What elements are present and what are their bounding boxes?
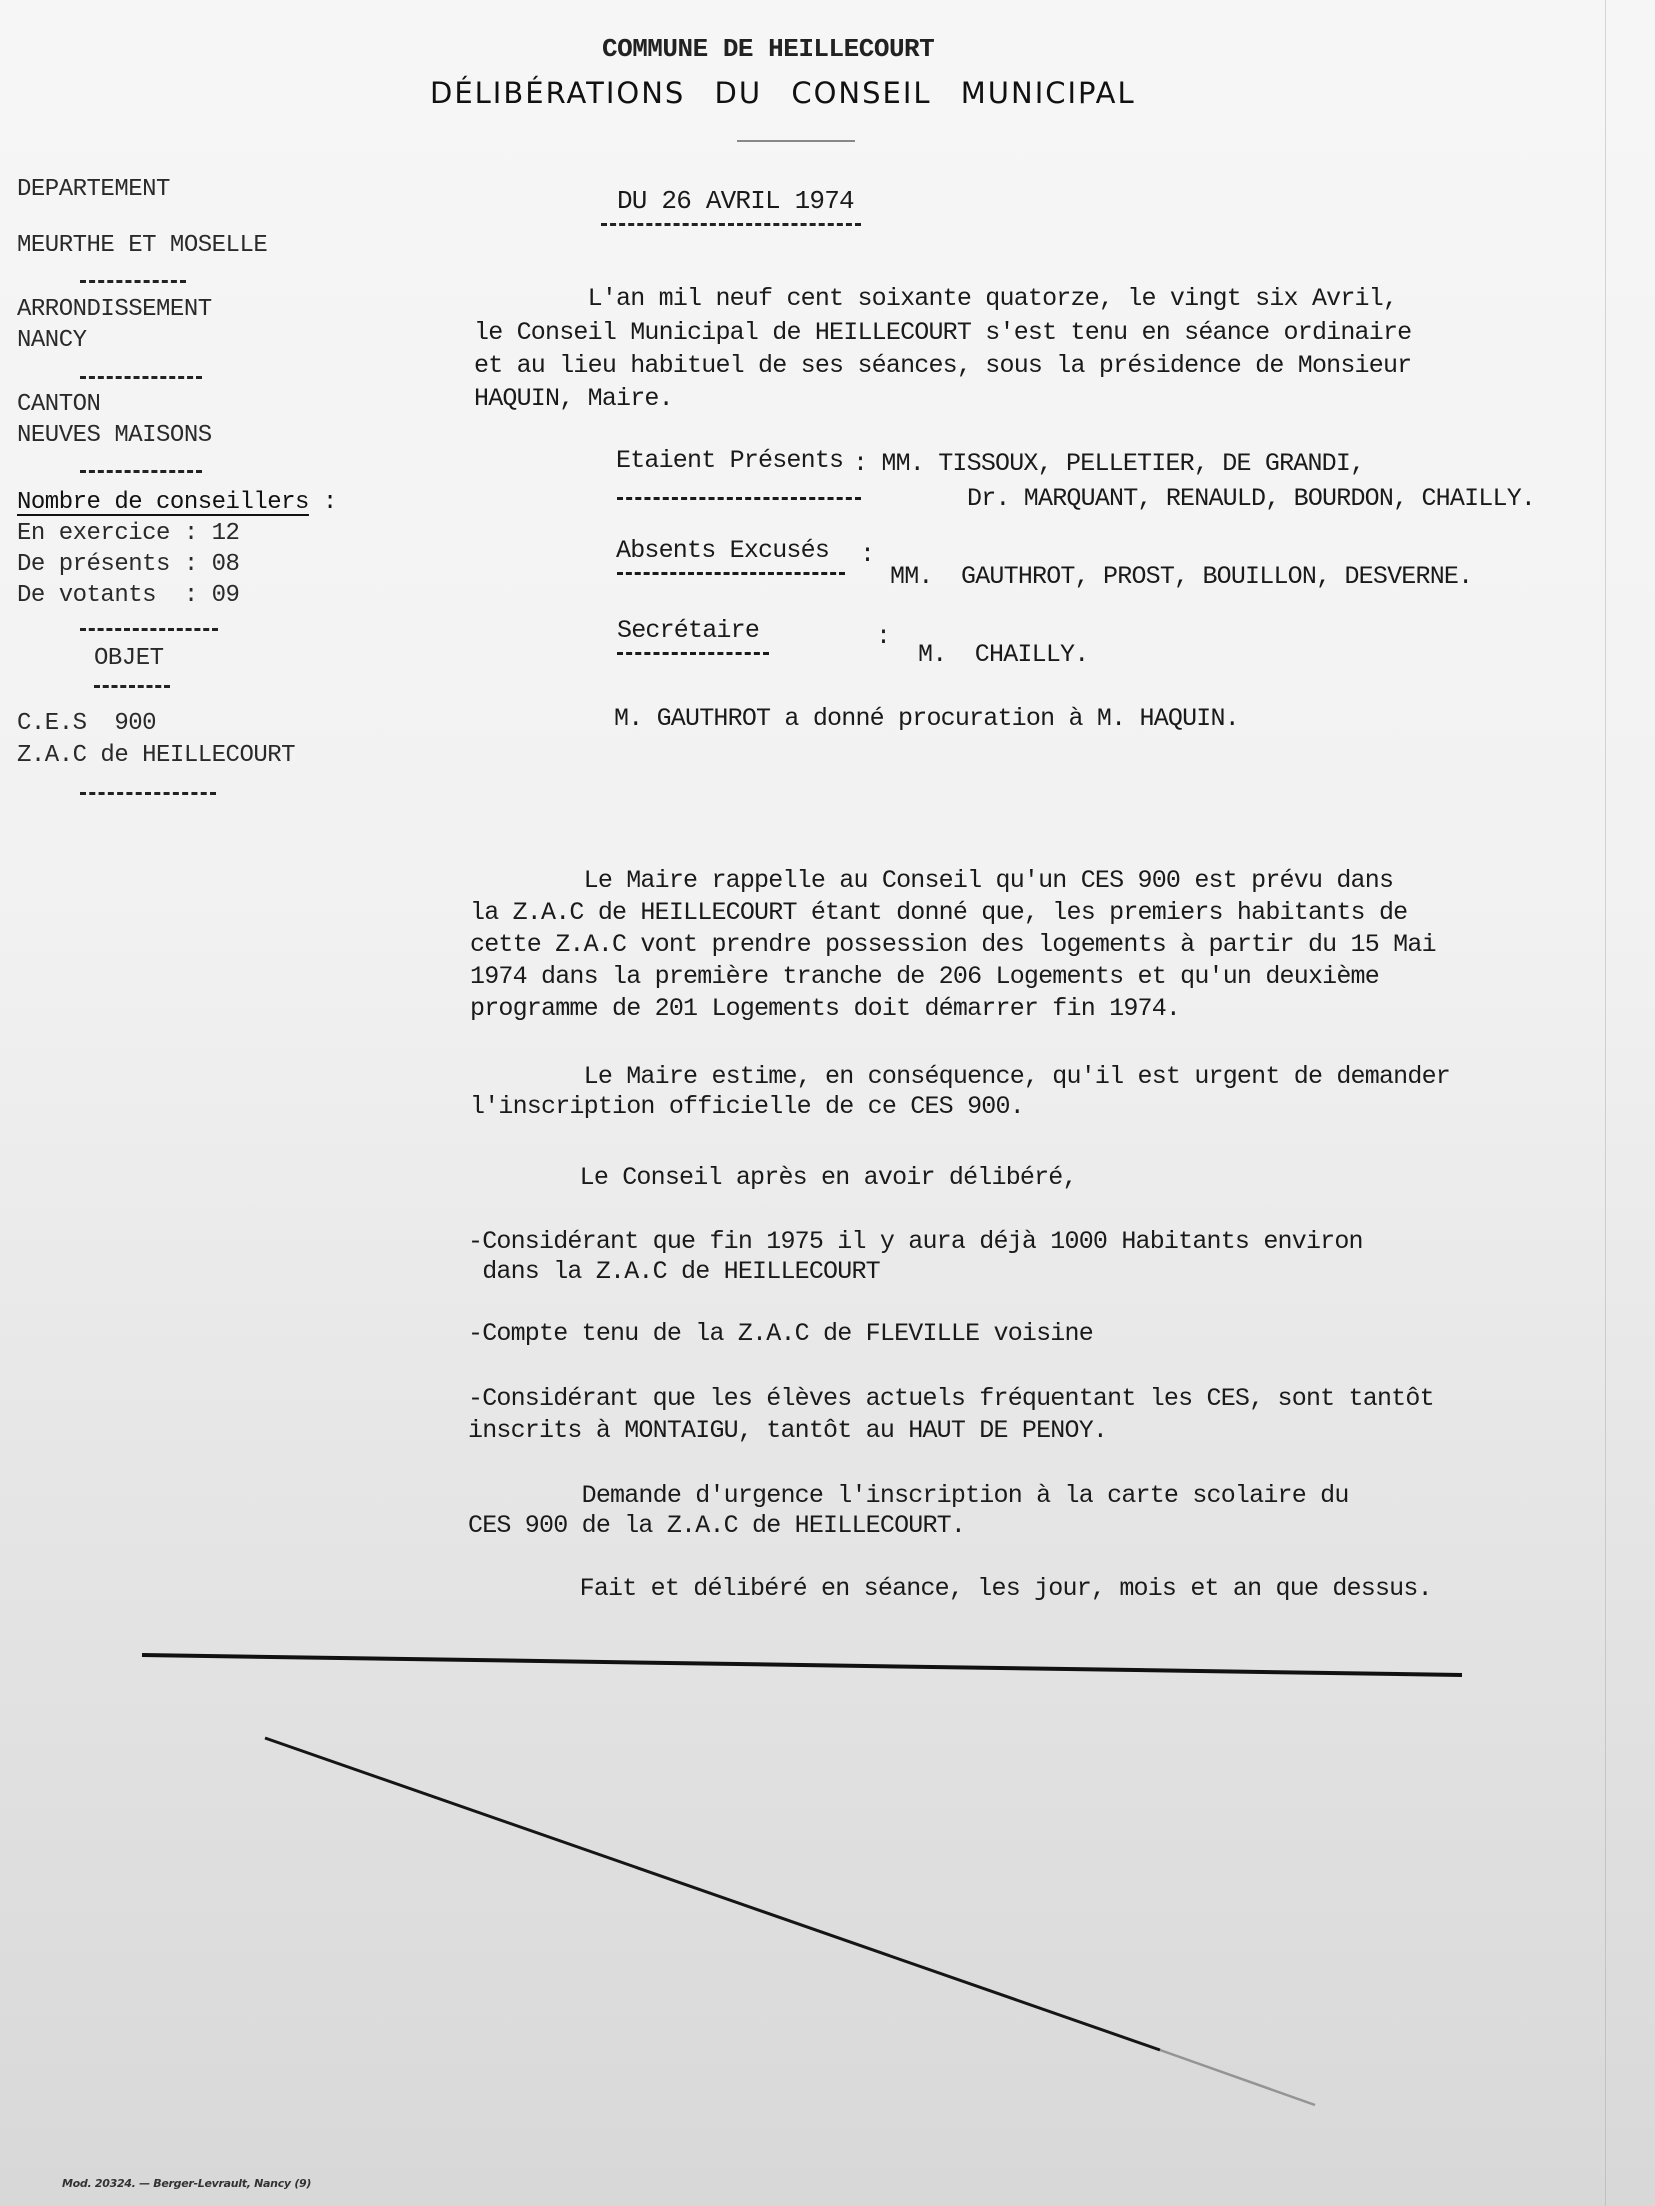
closing-rule [142, 1655, 1462, 1675]
printer-mark: Mod. 20324. — Berger-Levrault, Nancy (9) [62, 2177, 311, 2190]
diagonal-strike-line [265, 1738, 1160, 2050]
cancellation-lines [0, 0, 1655, 2206]
